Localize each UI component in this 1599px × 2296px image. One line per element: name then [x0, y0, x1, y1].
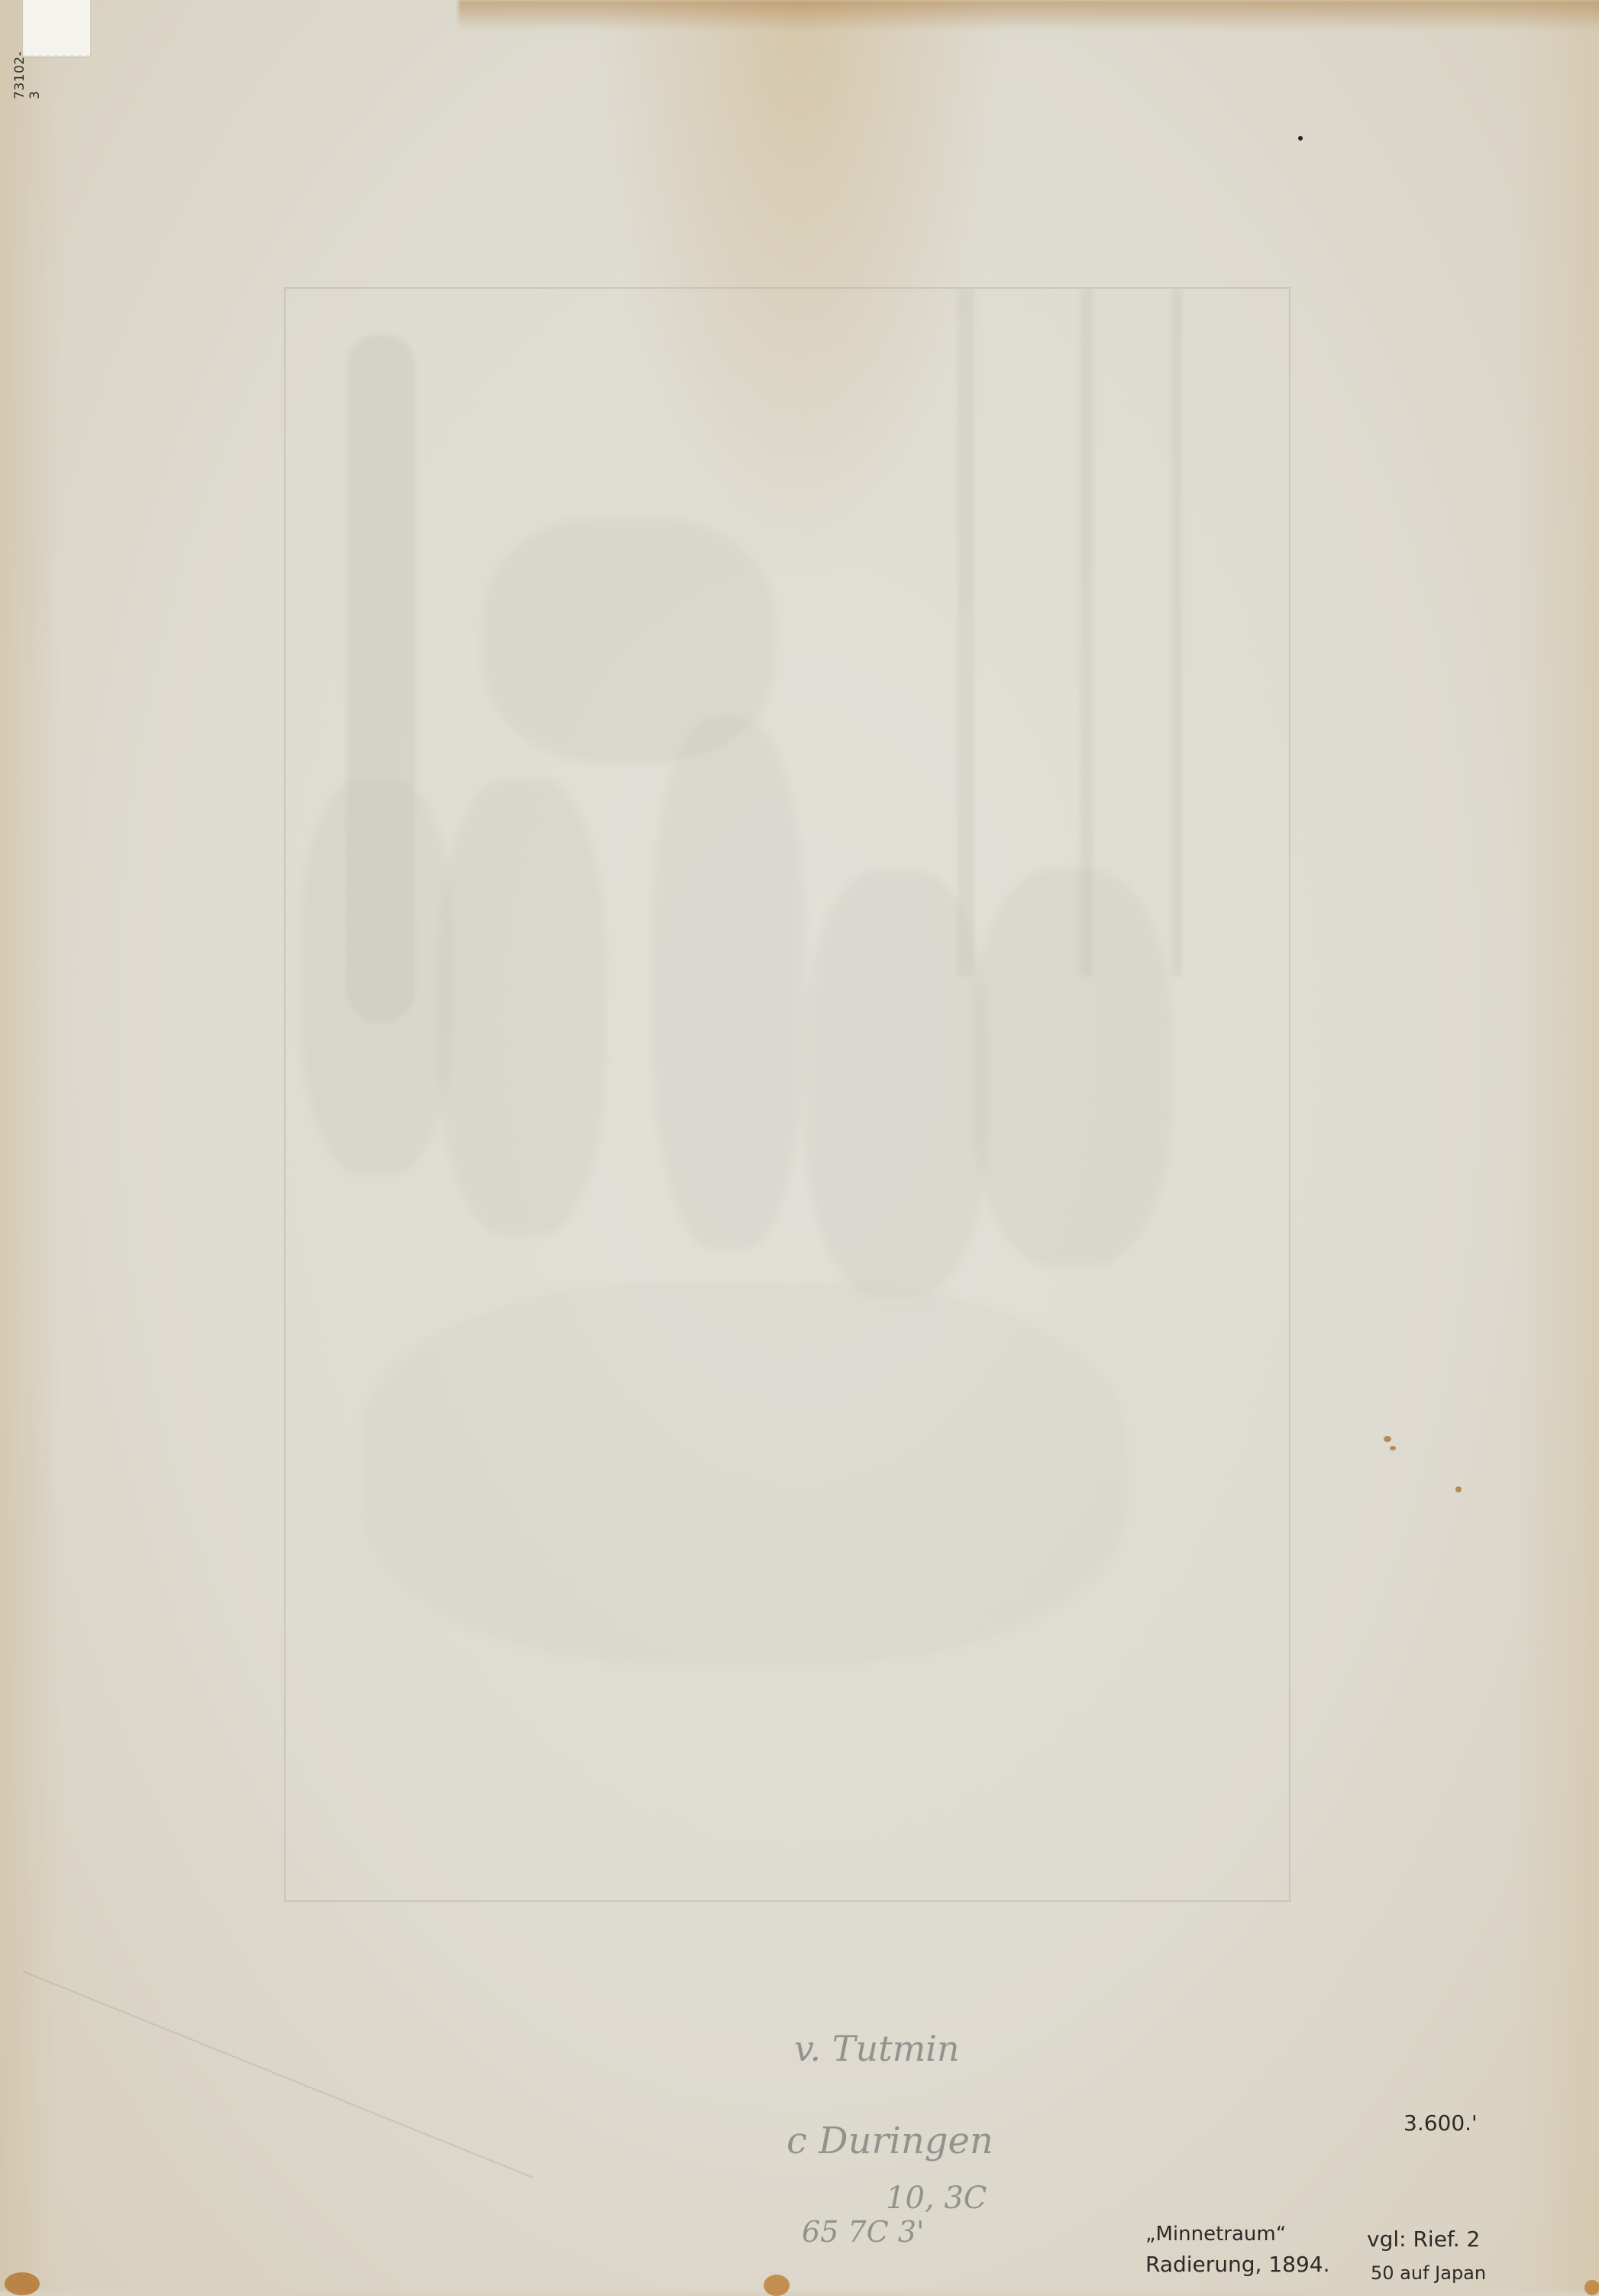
edition-inscription: 50 auf Japan [1371, 2262, 1486, 2284]
reference-inscription: vgl: Rief. 2 [1367, 2226, 1480, 2252]
trunk-ghost [1171, 289, 1182, 976]
ground-ghost [362, 1282, 1126, 1664]
tack-hole-stain [1584, 2280, 1599, 2291]
pencil-collection-inscription: c Duringen [787, 2120, 993, 2162]
figure-ghost [438, 778, 606, 1236]
figure-ghost [652, 716, 805, 1251]
foxing-spot [1390, 1446, 1396, 1450]
inventory-label: 73102-3 [23, 0, 90, 57]
corner-crease [23, 1971, 533, 2178]
trunk-ghost [958, 289, 974, 976]
technique-year-inscription: Radierung, 1894. [1145, 2252, 1330, 2277]
figure-ghost [805, 869, 988, 1297]
tack-hole-stain [5, 2272, 40, 2291]
figure-ghost [973, 869, 1171, 1266]
pencil-code-inscription: 65 7C 3' [802, 2215, 924, 2249]
pencil-artist-inscription: v. Tutmin [794, 2028, 960, 2069]
tack-hole-stain [764, 2275, 790, 2291]
print-show-through [286, 289, 1289, 1900]
artwork-back-sheet: 73102-3 v. Tutmin c Duringen 10, 3C 65 7… [0, 0, 1599, 2291]
top-edge-stain [458, 0, 1599, 31]
price-inscription: 3.600.' [1404, 2110, 1478, 2136]
figure-ghost [301, 778, 454, 1175]
title-inscription: „Minnetraum“ [1145, 2223, 1286, 2246]
inventory-number: 73102-3 [12, 43, 43, 99]
dirt-spot [1298, 136, 1303, 141]
pencil-number-inscription: 10, 3C [886, 2181, 987, 2216]
paper-edge-right [1515, 0, 1599, 2291]
paper-edge-left [0, 0, 61, 2291]
foxing-spot [1455, 1486, 1462, 1492]
foxing-spot [1384, 1436, 1391, 1442]
